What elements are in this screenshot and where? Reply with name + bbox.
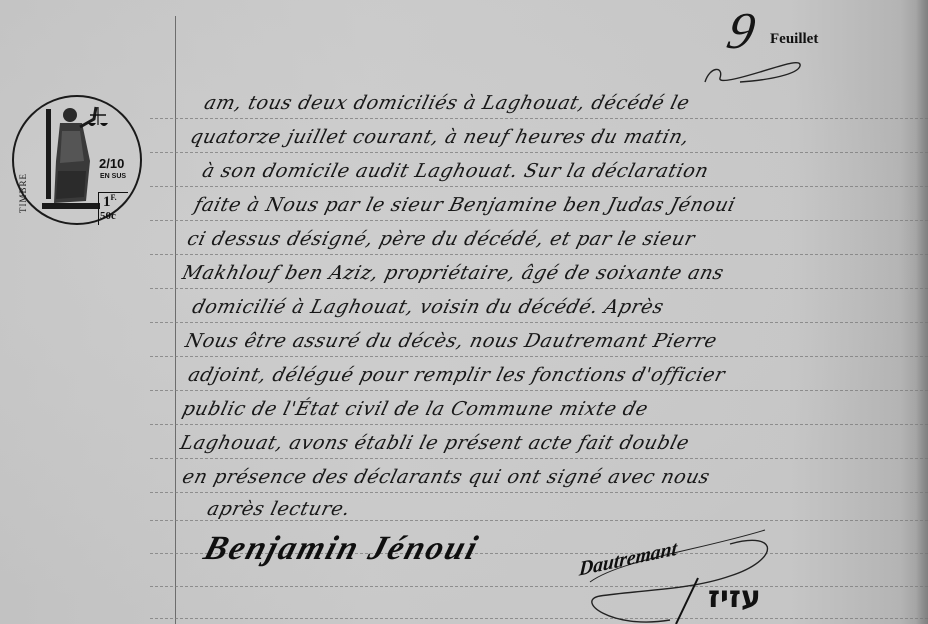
ruled-line	[150, 390, 928, 391]
stamp-price-cents: 50c	[100, 210, 116, 222]
stamp-price-box: 1F. 50c	[98, 192, 128, 225]
ruled-line	[150, 118, 928, 119]
text-line: domicilié à Laghouat, voisin du décédé. …	[190, 296, 666, 318]
revenue-stamp: TIMBRE 2/10 EN SUS 1F. 50c	[12, 95, 142, 225]
stamp-surcharge-note: EN SUS	[100, 173, 126, 180]
folio-label: Feuillet	[770, 31, 818, 48]
declarant-signature: Benjamin Jénoui	[200, 530, 484, 568]
ruled-line	[150, 586, 928, 587]
ruled-line	[150, 356, 928, 357]
ruled-line	[150, 322, 928, 323]
left-margin-line	[175, 16, 176, 624]
stamp-price-francs: 1F.	[103, 194, 117, 210]
text-line: à son domicile audit Laghouat. Sur la dé…	[200, 160, 711, 182]
hebrew-signature: עזיז	[708, 580, 761, 615]
ruled-line	[150, 288, 928, 289]
ruled-line	[150, 152, 928, 153]
ruled-line	[150, 424, 928, 425]
text-line: am, tous deux domiciliés à Laghouat, déc…	[202, 92, 692, 114]
text-line: faite à Nous par le sieur Benjamine ben …	[192, 194, 738, 216]
text-line: en présence des déclarants qui ont signé…	[180, 466, 712, 488]
stamp-francs-unit: F.	[111, 193, 117, 202]
ruled-line	[150, 618, 928, 619]
stamp-surcharge-fraction: 2/10	[99, 157, 124, 170]
ruled-line	[150, 520, 928, 521]
text-line: Laghouat, avons établi le présent acte f…	[178, 432, 692, 454]
text-line: Makhlouf ben Aziz, propriétaire, âgé de …	[180, 262, 726, 284]
stamp-francs-value: 1	[103, 194, 111, 210]
text-line: Nous être assuré du décès, nous Dautrema…	[183, 330, 719, 352]
text-line: ci dessus désigné, père du décédé, et pa…	[185, 228, 697, 250]
text-line: après lecture.	[205, 498, 353, 520]
text-line: quatorze juillet courant, à neuf heures …	[188, 126, 692, 148]
document-page: 9 Feuillet TIMBRE 2/10 EN SUS	[0, 0, 928, 624]
ruled-line	[150, 186, 928, 187]
stamp-label: TIMBRE	[18, 173, 28, 213]
text-line: public de l'État civil de la Commune mix…	[180, 398, 651, 420]
folio-number: 9	[722, 6, 759, 58]
page-edge-shadow	[916, 0, 928, 624]
ruled-line	[150, 458, 928, 459]
ruled-line	[150, 492, 928, 493]
text-line: adjoint, délégué pour remplir les foncti…	[186, 364, 728, 386]
folio-flourish-icon	[700, 52, 810, 92]
ruled-line	[150, 254, 928, 255]
ruled-line	[150, 220, 928, 221]
